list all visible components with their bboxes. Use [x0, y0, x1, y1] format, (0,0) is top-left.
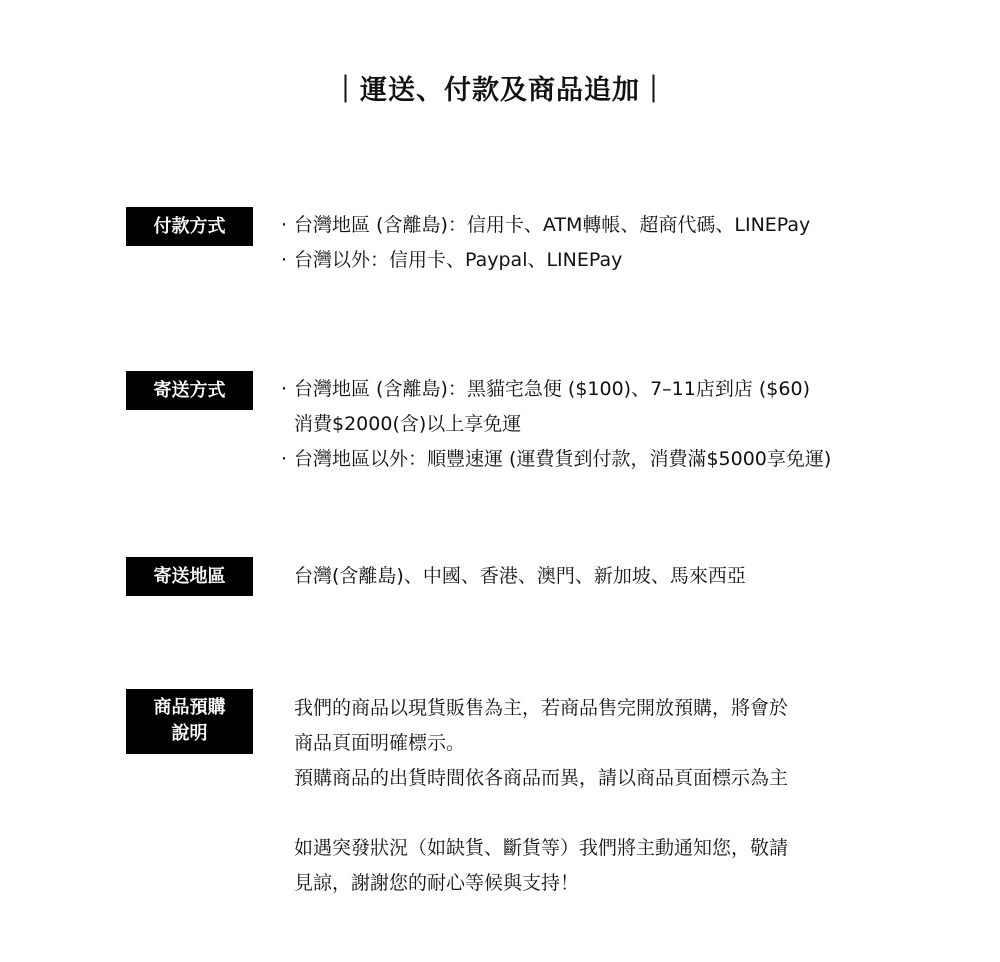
preorder-line: 商品頁面明確標示。	[281, 726, 788, 761]
shipping-line: ·台灣地區 (含離島)：黑貓宅急便 ($100)、7–11店到店 ($60)	[281, 372, 831, 407]
preorder-spacer	[281, 796, 788, 831]
shipping-method-content: ·台灣地區 (含離島)：黑貓宅急便 ($100)、7–11店到店 ($60) 消…	[281, 372, 831, 477]
bullet-icon: ·	[281, 442, 294, 477]
shipping-line: ·台灣地區以外：順豐速運 (運費貨到付款，消費滿$5000享免運)	[281, 442, 831, 477]
payment-method-label: 付款方式	[126, 207, 253, 246]
preorder-line: 預購商品的出貨時間依各商品而異，請以商品頁面標示為主	[281, 761, 788, 796]
bullet-icon: ·	[281, 372, 294, 407]
payment-line: ·台灣地區 (含離島)：信用卡、ATM轉帳、超商代碼、LINEPay	[281, 208, 810, 243]
preorder-label: 商品預購 說明	[126, 689, 253, 754]
page-title: ｜運送、付款及商品追加｜	[0, 68, 1000, 107]
preorder-content: 我們的商品以現貨販售為主，若商品售完開放預購，將會於 商品頁面明確標示。 預購商…	[281, 691, 788, 901]
shipping-method-label: 寄送方式	[126, 371, 253, 410]
region-list: 台灣(含離島)、中國、香港、澳門、新加坡、馬來西亞	[281, 559, 746, 594]
shipping-region-label: 寄送地區	[126, 557, 253, 596]
bullet-icon: ·	[281, 243, 294, 278]
payment-line: ·台灣以外：信用卡、Paypal、LINEPay	[281, 243, 810, 278]
shipping-region-content: 台灣(含離島)、中國、香港、澳門、新加坡、馬來西亞	[281, 559, 746, 594]
bullet-icon: ·	[281, 208, 294, 243]
preorder-line: 如遇突發狀況（如缺貨、斷貨等）我們將主動通知您，敬請	[281, 831, 788, 866]
preorder-line: 見諒，謝謝您的耐心等候與支持！	[281, 866, 788, 901]
preorder-line: 我們的商品以現貨販售為主，若商品售完開放預購，將會於	[281, 691, 788, 726]
payment-method-content: ·台灣地區 (含離島)：信用卡、ATM轉帳、超商代碼、LINEPay ·台灣以外…	[281, 208, 810, 278]
shipping-line: 消費$2000(含)以上享免運	[281, 407, 831, 442]
